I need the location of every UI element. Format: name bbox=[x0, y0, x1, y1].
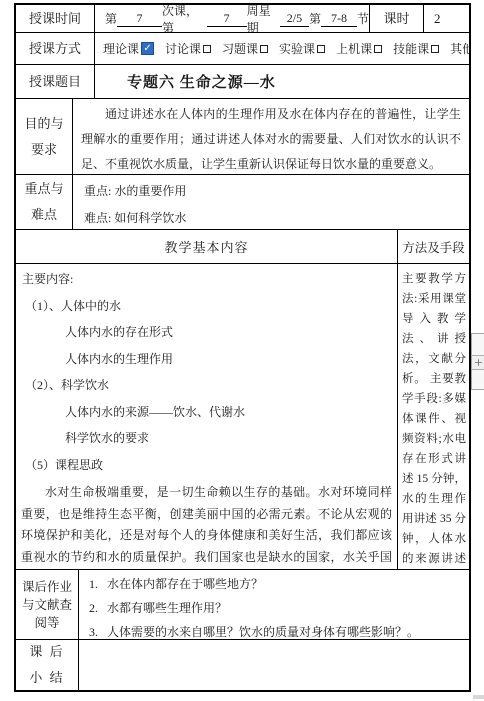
mode-option-label: 其他 bbox=[450, 40, 469, 57]
homework-item-text: 水都有哪些生理作用？ bbox=[107, 600, 227, 616]
content-outline-line: 人体内水的来源——饮水、代谢水 bbox=[21, 403, 392, 421]
summary-label: 课 后 小 结 bbox=[16, 640, 79, 690]
plus-icon[interactable]: + bbox=[472, 355, 484, 370]
mode-option: 实验课 bbox=[279, 40, 325, 57]
lesson-plan-table: 授课时间 第7次课，第7周星期2/5第7-8节 课时 2 授课方式 理论课✓讨论… bbox=[14, 3, 471, 692]
scrollbar-corner bbox=[473, 695, 484, 699]
content-outline-line: 人体内水的存在形式 bbox=[21, 323, 392, 341]
methods-header: 方法及手段 bbox=[398, 230, 469, 263]
mode-option-label: 上机课 bbox=[336, 40, 372, 57]
methods-column: 主要教学方法:采用课堂导入教学法、讲授法，文献分析。 主要教学手段:多媒体课件、… bbox=[398, 264, 469, 569]
session-blank-field[interactable]: 7 bbox=[117, 11, 162, 27]
mode-option: 理论课✓ bbox=[103, 40, 154, 57]
purpose-label: 目的与 要求 bbox=[16, 99, 73, 174]
content-outline-line: （5）课程思政 bbox=[21, 456, 392, 474]
session-static-text: 周星期 bbox=[247, 5, 280, 32]
content-outline-line: （1）、人体中的水 bbox=[21, 297, 392, 315]
side-scroll-widget[interactable]: + bbox=[471, 333, 484, 390]
mode-option-label: 理论课 bbox=[103, 40, 139, 57]
row-topic: 授课题目 专题六 生命之源—水 bbox=[16, 65, 469, 99]
homework-item-number: 1. bbox=[89, 576, 107, 592]
teaching-time-label: 授课时间 bbox=[16, 5, 95, 32]
checkbox-unchecked-icon[interactable] bbox=[431, 45, 439, 53]
homework-label: 课后作业 与文献查 阅等 bbox=[16, 570, 79, 639]
summary-content bbox=[79, 640, 469, 690]
homework-item-number: 2. bbox=[89, 600, 107, 616]
mode-option: 技能课 bbox=[393, 40, 439, 57]
difficult-point-line: 难点: 如何科学饮水 bbox=[84, 205, 469, 229]
ideology-paragraph: 水对生命极端重要，是一切生命赖以生存的基础。水对环境同样重要，也是维持生态平衡，… bbox=[21, 482, 392, 569]
session-blank-field[interactable]: 2/5 bbox=[280, 11, 309, 27]
mode-option: 上机课 bbox=[336, 40, 382, 57]
content-header: 教学基本内容 bbox=[16, 230, 398, 263]
row-main-content: 主要内容:（1）、人体中的水人体内水的存在形式人体内水的生理作用（2）、科学饮水… bbox=[16, 264, 469, 570]
homework-item: 3.人体需要的水来自哪里？饮水的质量对身体有哪些影响？。 bbox=[89, 624, 463, 639]
homework-item-number: 3. bbox=[89, 624, 107, 639]
row-teaching-time: 授课时间 第7次课，第7周星期2/5第7-8节 课时 2 bbox=[16, 5, 469, 33]
checkbox-unchecked-icon[interactable] bbox=[317, 45, 325, 53]
topic-label: 授课题目 bbox=[16, 65, 95, 98]
content-outline-line: 人体内水的生理作用 bbox=[21, 350, 392, 368]
mode-option-label: 技能课 bbox=[393, 40, 429, 57]
session-static-text: 节 bbox=[357, 10, 369, 27]
lesson-plan-page: 授课时间 第7次课，第7周星期2/5第7-8节 课时 2 授课方式 理论课✓讨论… bbox=[0, 0, 484, 701]
mode-option-label: 习题课 bbox=[222, 40, 258, 57]
homework-item-text: 水在体内都存在于哪些地方？ bbox=[107, 576, 263, 592]
mode-option-label: 讨论课 bbox=[165, 40, 201, 57]
checkbox-unchecked-icon[interactable] bbox=[374, 45, 382, 53]
homework-item: 2.水都有哪些生理作用？ bbox=[89, 600, 463, 616]
key-point-line: 重点: 水的重要作用 bbox=[84, 178, 469, 205]
content-outline-line: 主要内容: bbox=[21, 270, 392, 288]
content-outline-line: （2）、科学饮水 bbox=[21, 376, 392, 394]
homework-item-text: 人体需要的水来自哪里？饮水的质量对身体有哪些影响？。 bbox=[107, 624, 419, 639]
mode-option: 习题课 bbox=[222, 40, 268, 57]
homework-list: 1.水在体内都存在于哪些地方？2.水都有哪些生理作用？3.人体需要的水来自哪里？… bbox=[79, 570, 469, 639]
session-static-text: 第 bbox=[105, 10, 117, 27]
homework-item: 1.水在体内都存在于哪些地方？ bbox=[89, 576, 463, 592]
purpose-text: 通过讲述水在人体内的生理作用及水在体内存在的普遍性，让学生理解水的重要作用；通过… bbox=[73, 99, 469, 174]
mode-option-label: 实验课 bbox=[279, 40, 315, 57]
session-static-text: 次课，第 bbox=[162, 5, 207, 32]
content-outline: 主要内容:（1）、人体中的水人体内水的存在形式人体内水的生理作用（2）、科学饮水… bbox=[21, 270, 392, 474]
key-points-content: 重点: 水的重要作用 难点: 如何科学饮水 bbox=[73, 175, 469, 229]
key-points-label: 重点与 难点 bbox=[16, 175, 73, 229]
checkbox-unchecked-icon[interactable] bbox=[203, 45, 211, 53]
session-info: 第7次课，第7周星期2/5第7-8节 bbox=[95, 5, 370, 32]
topic-title: 专题六 生命之源—水 bbox=[95, 65, 469, 98]
teaching-mode-options: 理论课✓讨论课习题课实验课上机课技能课其他 bbox=[95, 33, 469, 64]
main-content: 主要内容:（1）、人体中的水人体内水的存在形式人体内水的生理作用（2）、科学饮水… bbox=[16, 264, 398, 569]
row-summary: 课 后 小 结 bbox=[16, 640, 469, 690]
row-teaching-mode: 授课方式 理论课✓讨论课习题课实验课上机课技能课其他 bbox=[16, 33, 469, 65]
mode-option: 其他 bbox=[450, 40, 469, 57]
teaching-mode-label: 授课方式 bbox=[16, 33, 95, 64]
row-homework: 课后作业 与文献查 阅等 1.水在体内都存在于哪些地方？2.水都有哪些生理作用？… bbox=[16, 570, 469, 640]
mode-option: 讨论课 bbox=[165, 40, 211, 57]
row-key-points: 重点与 难点 重点: 水的重要作用 难点: 如何科学饮水 bbox=[16, 175, 469, 230]
session-blank-field[interactable]: 7-8 bbox=[321, 11, 357, 27]
content-outline-line: 科学饮水的要求 bbox=[21, 429, 392, 447]
session-static-text: 第 bbox=[309, 10, 321, 27]
class-hours-value: 2 bbox=[424, 5, 469, 32]
session-blank-field[interactable]: 7 bbox=[207, 11, 247, 27]
row-section-headers: 教学基本内容 方法及手段 bbox=[16, 230, 469, 264]
class-hours-label: 课时 bbox=[370, 5, 424, 32]
checkbox-unchecked-icon[interactable] bbox=[260, 45, 268, 53]
checkbox-checked-icon[interactable]: ✓ bbox=[141, 42, 154, 55]
row-purpose: 目的与 要求 通过讲述水在人体内的生理作用及水在体内存在的普遍性，让学生理解水的… bbox=[16, 99, 469, 175]
